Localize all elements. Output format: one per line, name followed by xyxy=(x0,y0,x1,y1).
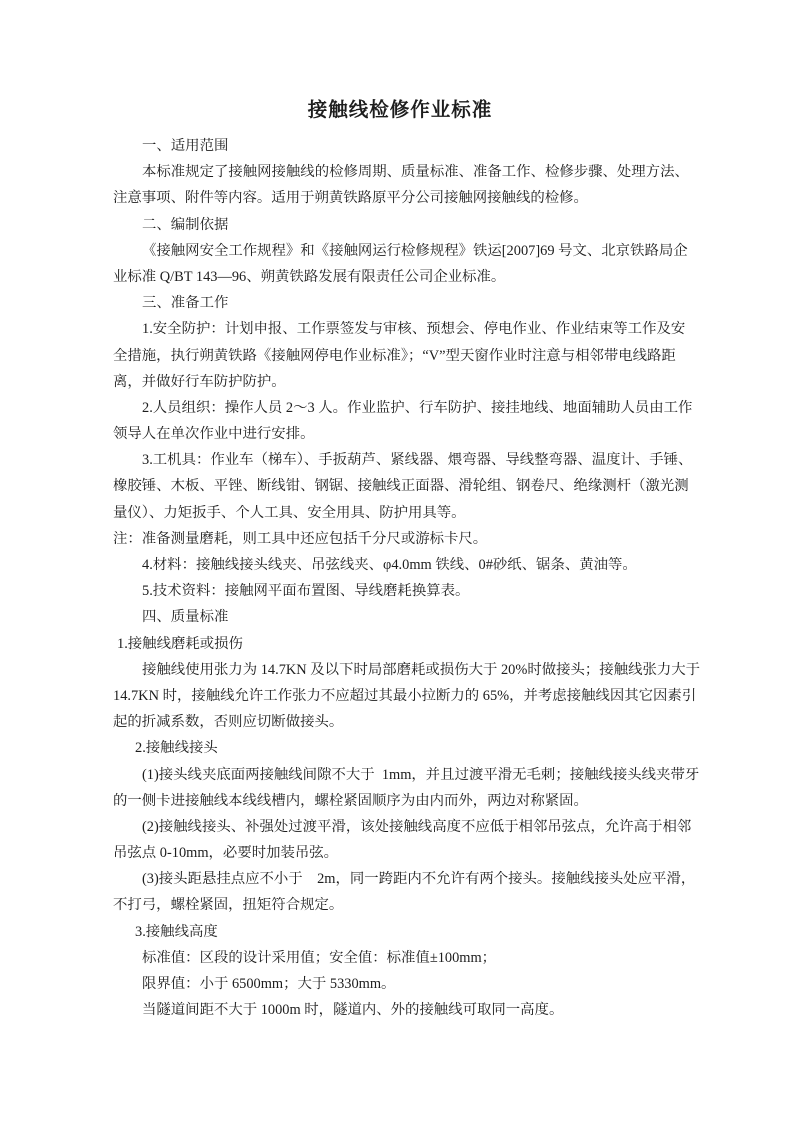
document-page: 接触线检修作业标准 一、适用范围本标准规定了接触网接触线的检修周期、质量标准、准… xyxy=(0,0,800,1132)
text-line: 领导人在单次作业中进行安排。 xyxy=(113,421,700,447)
text-line: 注：准备测量磨耗，则工具中还应包括千分尺或游标卡尺。 xyxy=(113,526,700,552)
text-line: 量仪）、力矩扳手、个人工具、安全用具、防护用具等。 xyxy=(113,500,700,526)
text-line: 《接触网安全工作规程》和《接触网运行检修规程》铁运[2007]69 号文、北京铁… xyxy=(113,238,700,264)
text-line: 接触线使用张力为 14.7KN 及以下时局部磨耗或损伤大于 20%时做接头；接触… xyxy=(113,657,700,683)
text-line: 二、编制依据 xyxy=(113,212,700,238)
text-line: (1)接头线夹底面两接触线间隙不大于 1mm，并且过渡平滑无毛刺；接触线接头线夹… xyxy=(113,762,700,788)
text-line: 离，并做好行车防护防护。 xyxy=(113,369,700,395)
text-line: (3)接头距悬挂点应不小于 2m，同一跨距内不允许有两个接头。接触线接头处应平滑… xyxy=(113,866,700,892)
text-line: 4.材料：接触线接头线夹、吊弦线夹、φ4.0mm 铁线、0#砂纸、锯条、黄油等。 xyxy=(113,552,700,578)
text-line: 1.安全防护：计划申报、工作票签发与审核、预想会、停电作业、作业结束等工作及安 xyxy=(113,316,700,342)
text-line: 起的折减系数，否则应切断做接头。 xyxy=(113,709,700,735)
document-title: 接触线检修作业标准 xyxy=(0,96,800,126)
text-line: 5.技术资料：接触网平面布置图、导线磨耗换算表。 xyxy=(113,578,700,604)
text-line: 不打弓，螺栓紧固，扭矩符合规定。 xyxy=(113,892,700,918)
document-body: 一、适用范围本标准规定了接触网接触线的检修周期、质量标准、准备工作、检修步骤、处… xyxy=(113,133,700,1023)
text-line: 3.接触线高度 xyxy=(113,919,700,945)
text-line: 1.接触线磨耗或损伤 xyxy=(113,631,700,657)
text-line: 当隧道间距不大于 1000m 时，隧道内、外的接触线可取同一高度。 xyxy=(113,997,700,1023)
text-line: 本标准规定了接触网接触线的检修周期、质量标准、准备工作、检修步骤、处理方法、 xyxy=(113,159,700,185)
text-line: (2)接触线接头、补强处过渡平滑，该处接触线高度不应低于相邻吊弦点，允许高于相邻 xyxy=(113,814,700,840)
text-line: 14.7KN 时，接触线允许工作张力不应超过其最小拉断力的 65%，并考虑接触线… xyxy=(113,683,700,709)
text-line: 限界值：小于 6500mm；大于 5330mm。 xyxy=(113,971,700,997)
text-line: 橡胶锤、木板、平锉、断线钳、钢锯、接触线正面器、滑轮组、钢卷尺、绝缘测杆（激光测 xyxy=(113,473,700,499)
text-line: 2.人员组织：操作人员 2～3 人。作业监护、行车防护、接挂地线、地面辅助人员由… xyxy=(113,395,700,421)
text-line: 的一侧卡进接触线本线线槽内，螺栓紧固顺序为由内而外，两边对称紧固。 xyxy=(113,788,700,814)
text-line: 一、适用范围 xyxy=(113,133,700,159)
text-line: 注意事项、附件等内容。适用于朔黄铁路原平分公司接触网接触线的检修。 xyxy=(113,185,700,211)
text-line: 全措施，执行朔黄铁路《接触网停电作业标准》；“V”型天窗作业时注意与相邻带电线路… xyxy=(113,343,700,369)
text-line: 三、准备工作 xyxy=(113,290,700,316)
text-line: 业标准 Q/BT 143—96、朔黄铁路发展有限责任公司企业标准。 xyxy=(113,264,700,290)
text-line: 2.接触线接头 xyxy=(113,735,700,761)
text-line: 吊弦点 0-10mm，必要时加装吊弦。 xyxy=(113,840,700,866)
text-line: 标准值：区段的设计采用值；安全值：标准值±100mm； xyxy=(113,945,700,971)
text-line: 3.工机具：作业车（梯车）、手扳葫芦、紧线器、煨弯器、导线整弯器、温度计、手锤、 xyxy=(113,447,700,473)
text-line: 四、质量标准 xyxy=(113,604,700,630)
